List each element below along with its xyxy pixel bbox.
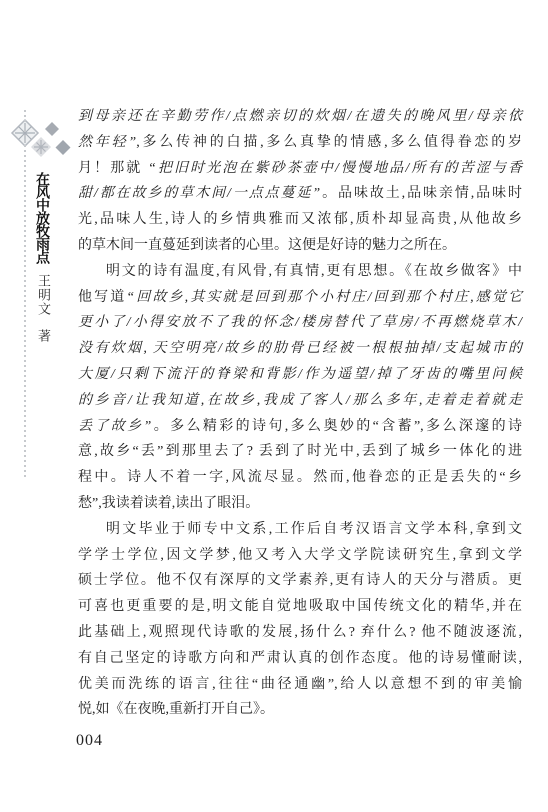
book-page: 在风中放牧雨点 王明文 著 到母亲还在辛勤劳作/点燃亲切的炊烟/在遗失的晚风里/…	[0, 0, 548, 812]
book-title: 在风中放牧雨点	[31, 172, 51, 263]
spine-dotted-line	[24, 110, 26, 478]
flower-diamond-icon	[31, 137, 51, 157]
poetry-quote-text: 丢了故乡”	[78, 419, 151, 434]
ornament-cluster	[0, 100, 78, 165]
commentary-text: 明文的诗有温度,有风骨,有真情,更有思想。《在故乡做客》中	[106, 264, 522, 279]
solid-diamond-icon	[56, 140, 71, 155]
commentary-text: 此基础上,观照现代诗歌的发展,扬什么? 弃什么? 他不随波逐流,	[78, 625, 522, 640]
poetry-quote-text: 然年轻”	[78, 135, 136, 150]
text-line: 到母亲还在辛勤劳作/点燃亲切的炊烟/在遗失的晚风里/母亲依	[78, 104, 522, 130]
text-line: 月！那就 “把旧时光泡在紫砂茶壶中/慢慢地品/所有的苦涩与香	[78, 156, 522, 182]
poetry-quote-text: “回故乡,其实就是回到那个小村庄/回到那个村庄,感觉它	[126, 290, 522, 305]
commentary-text: 有自己坚定的诗歌方向和严肃认真的创作态度。他的诗易懂耐读,	[78, 651, 522, 666]
poetry-quote-text: 甜/都在故乡的草木间/一点点蔓延”	[78, 186, 320, 201]
text-line: 的乡音/让我知道,在故乡,我成了客人/那么多年,走着走着就走	[78, 388, 522, 414]
text-block: 到母亲还在辛勤劳作/点燃亲切的炊烟/在遗失的晚风里/母亲依然年轻”,多么传神的白…	[78, 104, 522, 723]
poetry-quote-text: 没有炊烟, 天空明亮/故乡的肋骨已经被一根根抽掉/支起城市的	[78, 341, 522, 356]
text-line: 有自己坚定的诗歌方向和严肃认真的创作态度。他的诗易懂耐读,	[78, 646, 522, 672]
text-line: 学学士学位,因文学梦,他又考入大学文学院读研究生,拿到文学	[78, 543, 522, 569]
text-line: 悦,如《在夜晚,重新打开自己》。	[78, 697, 522, 723]
commentary-text: 光,品味人生,诗人的乡情典雅而又浓郁,质朴却显高贵,从他故乡	[78, 212, 522, 227]
commentary-text: 悦,如《在夜晚,重新打开自己》。	[78, 702, 274, 717]
poetry-quote-text: 到母亲还在辛勤劳作/点燃亲切的炊烟/在遗失的晚风里/母亲依	[78, 109, 522, 124]
commentary-text: 硕士学位。他不仅有深厚的文学素养,更有诗人的天分与潜质。更	[78, 573, 522, 588]
poetry-quote-text: 的乡音/让我知道,在故乡,我成了客人/那么多年,走着走着就走	[78, 393, 522, 408]
text-line: 然年轻”,多么传神的白描,多么真挚的情感,多么值得眷恋的岁	[78, 130, 522, 156]
text-line: 愁”,我读着读着,读出了眼泪。	[78, 491, 522, 517]
commentary-text: 学学士学位,因文学梦,他又考入大学文学院读研究生,拿到文学	[78, 548, 522, 563]
poetry-quote-text: 大厦/只剩下流汗的脊梁和背影/作为遥望/掉了牙齿的嘴里问候	[78, 367, 522, 382]
commentary-text: 的草木间一直蔓延到读者的心里。这便是好诗的魅力之所在。	[78, 238, 456, 253]
solid-diamond-icon	[45, 122, 59, 136]
book-author: 王明文	[34, 274, 53, 316]
text-line: 优美而洗练的语言,往往“曲径通幽”,给人以意想不到的审美愉	[78, 672, 522, 698]
commentary-text: 明文毕业于师专中文系,工作后自考汉语言文学本科,拿到文	[106, 522, 522, 537]
commentary-text: 月！那就	[78, 161, 148, 176]
text-line: 光,品味人生,诗人的乡情典雅而又浓郁,质朴却显高贵,从他故乡	[78, 207, 522, 233]
text-line: 可喜也更重要的是,明文能自觉地吸取中国传统文化的精华,并在	[78, 594, 522, 620]
text-line: 没有炊烟, 天空明亮/故乡的肋骨已经被一根根抽掉/支起城市的	[78, 336, 522, 362]
text-line: 意,故乡“丢”到那里去了? 丢到了时光中,丢到了城乡一体化的进	[78, 439, 522, 465]
poetry-quote-text: “把旧时光泡在紫砂茶壶中/慢慢地品/所有的苦涩与香	[148, 161, 522, 176]
text-line: 大厦/只剩下流汗的脊梁和背影/作为遥望/掉了牙齿的嘴里问候	[78, 362, 522, 388]
text-line: 的草木间一直蔓延到读者的心里。这便是好诗的魅力之所在。	[78, 233, 522, 259]
text-line: 更小了/小得安放不了我的怀念/楼房替代了草房/不再燃烧草木/	[78, 310, 522, 336]
text-line: 他写道“回故乡,其实就是回到那个小村庄/回到那个村庄,感觉它	[78, 285, 522, 311]
commentary-text: 。多么精彩的诗句,多么奥妙的“含蓄”,多么深邃的诗	[151, 419, 522, 434]
text-line: 丢了故乡”。多么精彩的诗句,多么奥妙的“含蓄”,多么深邃的诗	[78, 414, 522, 440]
page-number: 004	[76, 732, 103, 750]
text-line: 明文毕业于师专中文系,工作后自考汉语言文学本科,拿到文	[78, 517, 522, 543]
commentary-text: 可喜也更重要的是,明文能自觉地吸取中国传统文化的精华,并在	[78, 599, 522, 614]
book-author-suffix: 著	[34, 329, 53, 342]
poetry-quote-text: 更小了/小得安放不了我的怀念/楼房替代了草房/不再燃烧草木/	[78, 315, 522, 330]
commentary-text: 愁”,我读着读着,读出了眼泪。	[78, 496, 259, 511]
text-line: 硕士学位。他不仅有深厚的文学素养,更有诗人的天分与潜质。更	[78, 568, 522, 594]
text-line: 程中。诗人不着一字,风流尽显。然而,他眷恋的正是丢失的“乡	[78, 465, 522, 491]
commentary-text: 意,故乡“丢”到那里去了? 丢到了时光中,丢到了城乡一体化的进	[78, 444, 522, 459]
commentary-text: 。品味故土,品味亲情,品味时	[320, 186, 522, 201]
text-line: 甜/都在故乡的草木间/一点点蔓延”。品味故土,品味亲情,品味时	[78, 181, 522, 207]
commentary-text: 他写道	[78, 290, 126, 305]
text-line: 明文的诗有温度,有风骨,有真情,更有思想。《在故乡做客》中	[78, 259, 522, 285]
text-line: 此基础上,观照现代诗歌的发展,扬什么? 弃什么? 他不随波逐流,	[78, 620, 522, 646]
commentary-text: 程中。诗人不着一字,风流尽显。然而,他眷恋的正是丢失的“乡	[78, 470, 522, 485]
commentary-text: ,多么传神的白描,多么真挚的情感,多么值得眷恋的岁	[136, 135, 522, 150]
commentary-text: 优美而洗练的语言,往往“曲径通幽”,给人以意想不到的审美愉	[78, 677, 522, 692]
